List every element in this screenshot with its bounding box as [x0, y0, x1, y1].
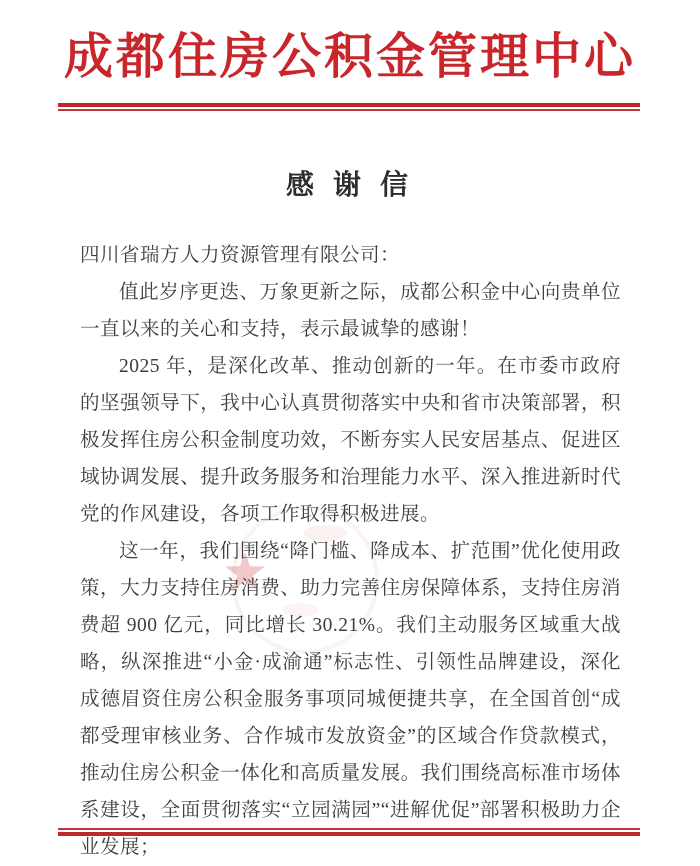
letter-body: 四川省瑞方人力资源管理有限公司： 值此岁序更迭、万象更新之际，成都公积金中心向贵… [80, 237, 621, 866]
body-paragraph: 2025 年，是深化改革、推动创新的一年。在市委市政府的坚强领导下，我中心认真贯… [80, 348, 621, 533]
body-paragraph: 值此岁序更迭、万象更新之际，成都公积金中心向贵单位一直以来的关心和支持，表示最诚… [80, 274, 621, 348]
letterhead-double-rule [58, 103, 640, 111]
rule-thick-line [58, 103, 640, 107]
letter-title: 感 谢 信 [0, 163, 700, 203]
rule-thin-line [58, 828, 640, 830]
footer-double-rule [58, 828, 640, 836]
body-paragraph: 这一年，我们围绕“降门槛、降成本、扩范围”优化使用政策，大力支持住房消费、助力完… [80, 533, 621, 866]
rule-thin-line [58, 109, 640, 111]
letter-page: 成都住房公积金管理中心 感 谢 信 四川省瑞方人力资源管理有限公司： 值此岁序更… [0, 0, 700, 866]
recipient-line: 四川省瑞方人力资源管理有限公司： [80, 237, 621, 274]
letterhead-org-name: 成都住房公积金管理中心 [0, 20, 700, 94]
body-paragraphs: 值此岁序更迭、万象更新之际，成都公积金中心向贵单位一直以来的关心和支持，表示最诚… [80, 274, 621, 866]
rule-thick-line [58, 832, 640, 836]
